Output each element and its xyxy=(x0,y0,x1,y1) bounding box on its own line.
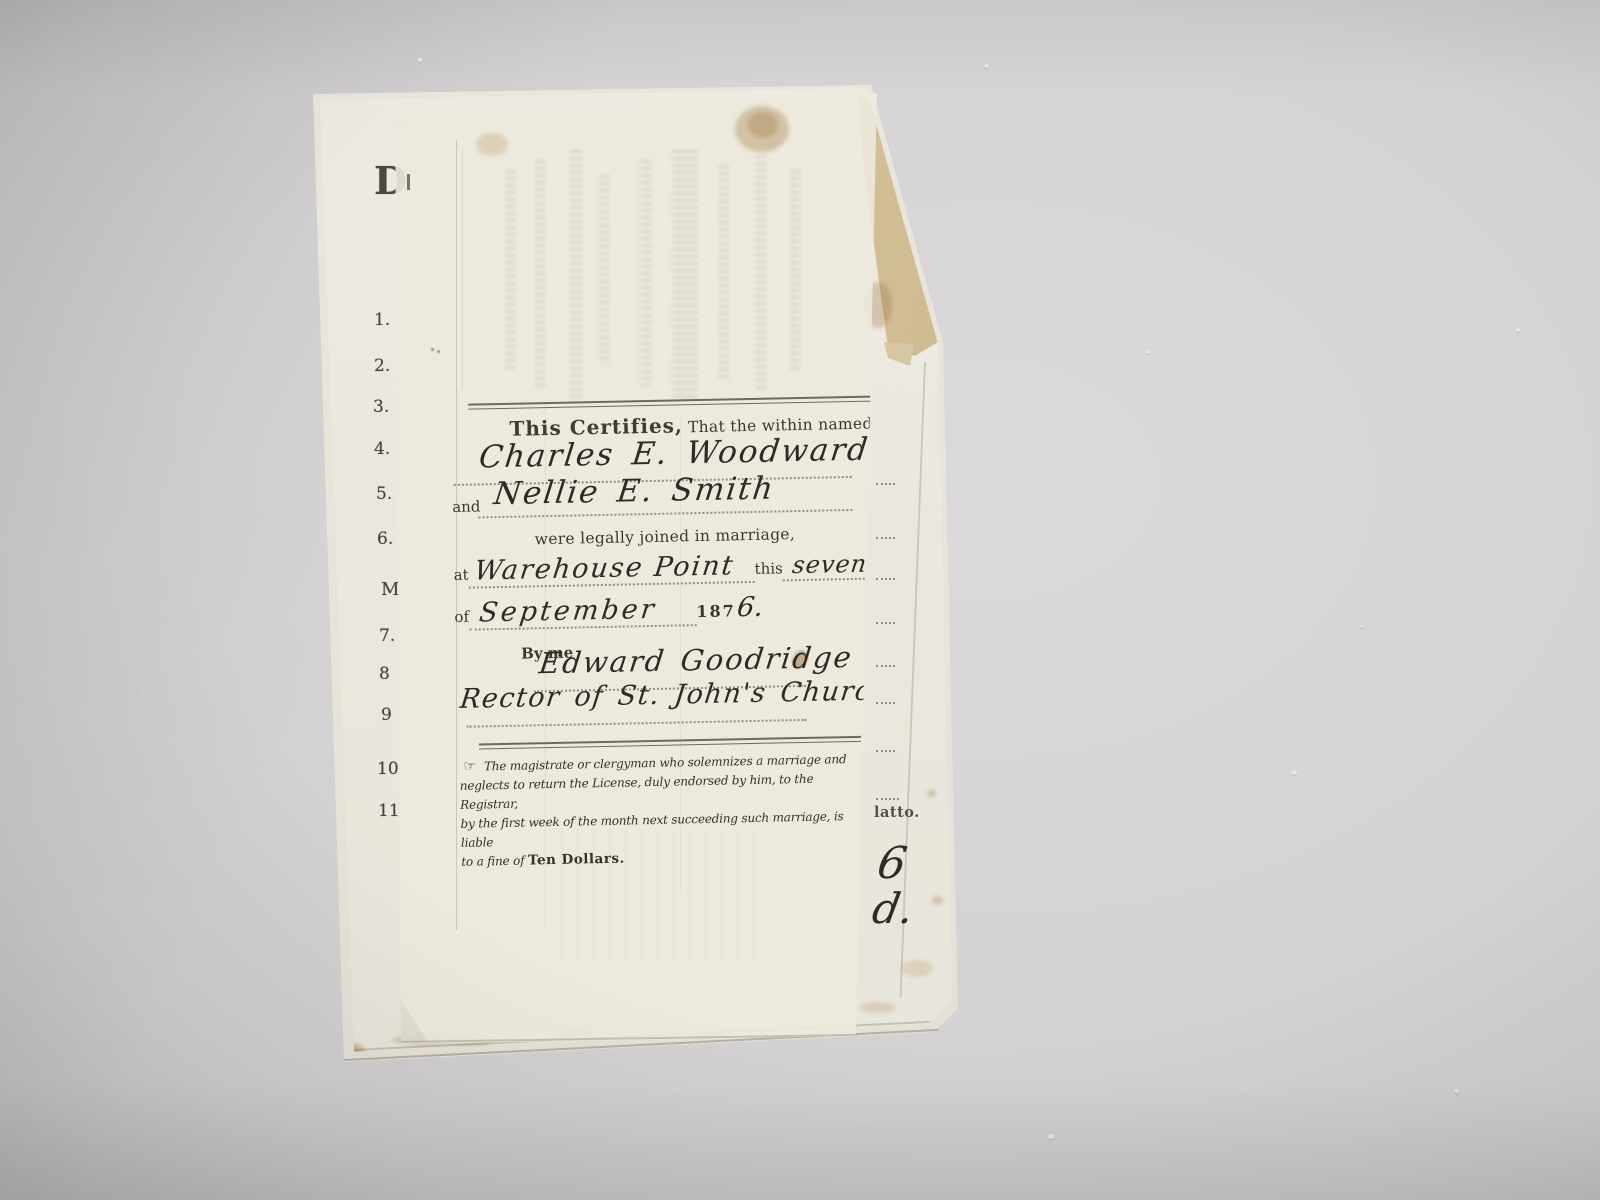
form-margin-number: 3. xyxy=(373,397,389,417)
ghost-text-column xyxy=(535,160,546,390)
certificate-overlay-sheet: This Certifies, That the within named Ch… xyxy=(0,0,1600,1200)
paper-stain xyxy=(932,896,943,905)
notice-emphasis: Ten Dollars. xyxy=(528,851,625,869)
dotted-line-fragment xyxy=(876,798,899,800)
this-label: this xyxy=(754,559,783,578)
of-label: of xyxy=(454,608,469,626)
form-margin-number: 2. xyxy=(374,356,390,376)
month-and-year-line: of September 187 6. xyxy=(454,589,879,631)
wall-speck xyxy=(984,64,989,68)
ghost-text-column xyxy=(505,170,516,370)
partial-word-mulatto: latto. xyxy=(874,804,920,821)
dotted-line-fragment xyxy=(876,483,895,485)
form-margin-number: 11 xyxy=(378,801,400,821)
wall-speck xyxy=(1291,770,1297,775)
handwritten-mark: d. xyxy=(869,884,918,933)
dotted-line-fragment xyxy=(876,702,895,704)
form-title-stub xyxy=(407,174,410,190)
paper-stain xyxy=(860,1002,896,1013)
paper-stain xyxy=(748,112,778,138)
form-margin-number: 6. xyxy=(377,529,393,549)
form-margin-letter: M xyxy=(381,579,399,600)
groom-name-handwritten: Charles E. Woodward xyxy=(477,432,871,476)
marriage-certificate: This Certifies, That the within named Ch… xyxy=(450,387,883,847)
wall-speck xyxy=(1048,1134,1054,1139)
paper-stain xyxy=(901,960,933,977)
dotted-line-fragment xyxy=(876,622,895,624)
marriage-statement: were legally joined in marriage, xyxy=(453,523,877,550)
ghost-text-column xyxy=(755,155,766,390)
and-label: and xyxy=(452,497,481,516)
paper-stain xyxy=(927,790,936,797)
year-handwritten: 6. xyxy=(736,592,765,624)
form-margin-number: 8 xyxy=(379,664,390,684)
ghost-text-column xyxy=(570,150,582,400)
double-rule-top xyxy=(468,396,870,410)
notice-line-text: to a fine of xyxy=(461,854,524,869)
ghost-text-column xyxy=(600,175,610,365)
wall-speck xyxy=(1454,1089,1459,1093)
fill-dotted-line xyxy=(467,719,807,728)
form-margin-number: 1. xyxy=(374,310,390,330)
form-margin-number: 9 xyxy=(381,705,392,725)
place-and-day-line: at Warehouse Point this seventh day xyxy=(453,547,878,589)
dotted-line-fragment xyxy=(876,665,895,667)
form-margin-number: 4. xyxy=(374,439,390,459)
notice-paragraph: ☞The magistrate or clergyman who solemni… xyxy=(459,750,867,872)
wall-speck xyxy=(1146,349,1151,354)
year-printed: 187 xyxy=(696,601,736,621)
form-margin-number: 5. xyxy=(376,484,392,504)
ghost-text-column xyxy=(790,170,800,370)
ink-fleck xyxy=(437,350,440,353)
wall-speck xyxy=(1516,328,1520,332)
paper-stain xyxy=(476,133,508,156)
manicule-icon: ☞ xyxy=(463,759,476,775)
photo-scene: D 1. 2. 3. 4. 5. 6. M 7. 8 9 10 11 latto… xyxy=(0,0,1600,1200)
month-handwritten: September xyxy=(467,593,688,628)
ghost-text-column xyxy=(640,160,652,390)
wall-speck xyxy=(1360,625,1364,628)
bride-name-handwritten: Nellie E. Smith xyxy=(492,470,777,512)
place-handwritten: Warehouse Point xyxy=(467,550,751,587)
ghost-text-column xyxy=(672,150,698,400)
corner-crease xyxy=(398,996,428,1042)
wall-speck xyxy=(418,58,422,62)
form-margin-number: 10 xyxy=(377,759,399,779)
dotted-line-fragment xyxy=(876,537,895,539)
dotted-line-fragment xyxy=(876,578,895,580)
dotted-line-fragment xyxy=(876,750,895,752)
ghost-text-column xyxy=(718,165,729,380)
form-margin-number: 7. xyxy=(379,626,395,646)
officiant-signature-handwritten: Edward Goodridge xyxy=(537,640,855,680)
officiant-title-handwritten: Rector of St. John's Church xyxy=(458,675,892,715)
double-rule-bottom xyxy=(479,736,861,750)
show-through-rule xyxy=(462,150,463,390)
ink-fleck xyxy=(431,348,434,351)
